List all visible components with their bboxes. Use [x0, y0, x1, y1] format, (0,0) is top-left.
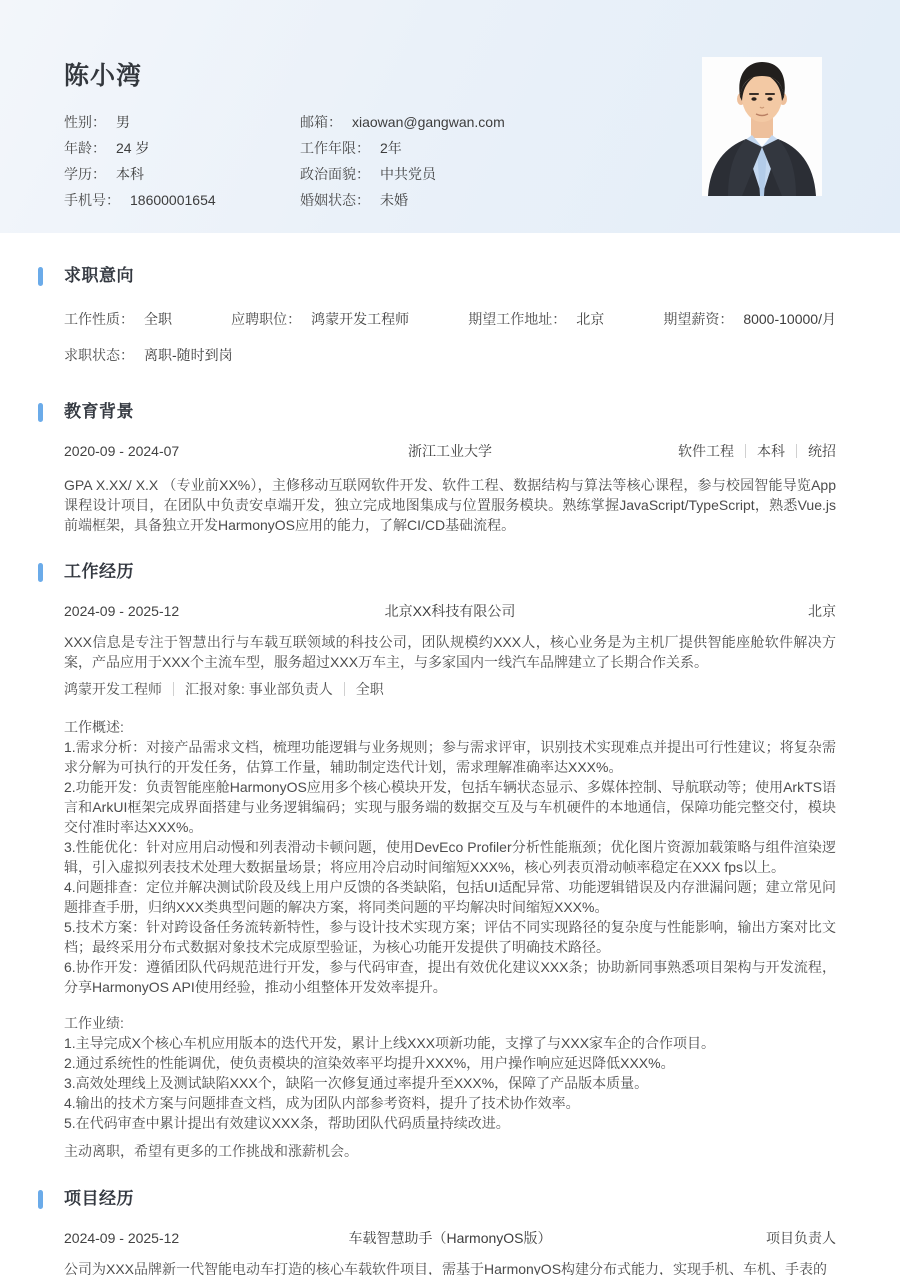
intent-pair: 工作性质：全职 — [64, 312, 172, 326]
intent-value: 8000-10000/月 — [743, 311, 836, 327]
achievement-item: 2.通过系统性的性能调优，使负责模块的渲染效率平均提升XXX%，用户操作响应延迟… — [64, 1053, 836, 1073]
field-label: 邮箱： — [300, 114, 342, 130]
profile-field: 学历：本科 — [64, 161, 300, 187]
portrait-illustration — [702, 57, 822, 196]
field-label: 工作年限： — [300, 140, 370, 156]
work-duties: 1.需求分析：对接产品需求文档，梳理功能逻辑与业务规则；参与需求评审，识别技术实… — [64, 737, 836, 997]
section-title-work: 工作经历 — [64, 562, 836, 582]
work-achievements: 1.主导完成X个核心车机应用版本的迭代开发，累计上线XXX项新功能，支撑了与XX… — [64, 1033, 836, 1133]
position-tag: 汇报对象: 事业部负责人 — [173, 682, 333, 696]
field-label: 政治面貌： — [300, 166, 370, 182]
intent-label: 求职状态： — [64, 347, 134, 363]
intent-label: 期望工作地址： — [468, 311, 566, 327]
intent-pair: 期望工作地址：北京 — [468, 312, 604, 326]
field-label: 婚姻状态： — [300, 192, 370, 208]
education-tag: 软件工程 — [678, 444, 734, 458]
section-job-intent: 求职意向 工作性质：全职应聘职位：鸿蒙开发工程师期望工作地址：北京期望薪资：80… — [64, 266, 836, 362]
achievement-item: 4.输出的技术方案与问题排查文档，成为团队内部参考资料，提升了技术协作效率。 — [64, 1093, 836, 1113]
field-value: 本科 — [116, 166, 144, 182]
section-title-education: 教育背景 — [64, 402, 836, 422]
project-period: 2024-09 - 2025-12 — [64, 1231, 284, 1245]
education-meta-row: 2020-09 - 2024-07 浙江工业大学 软件工程本科统招 — [64, 444, 836, 458]
duty-item: 1.需求分析：对接产品需求文档，梳理功能逻辑与业务规则；参与需求评审，识别技术实… — [64, 737, 836, 777]
duty-item: 4.问题排查：定位并解决测试阶段及线上用户反馈的各类缺陷，包括UI适配异常、功能… — [64, 877, 836, 917]
profile-field: 手机号：18600001654 — [64, 187, 300, 213]
intent-value: 全职 — [144, 311, 172, 327]
field-label: 性别： — [64, 114, 106, 130]
achievement-item: 5.在代码审查中累计提出有效建议XXX条，帮助团队代码质量持续改进。 — [64, 1113, 836, 1133]
achievement-item: 3.高效处理线上及测试缺陷XXX个，缺陷一次修复通过率提升至XXX%，保障了产品… — [64, 1073, 836, 1093]
work-meta-row: 2024-09 - 2025-12 北京XX科技有限公司 北京 — [64, 604, 836, 618]
profile-info-right: 邮箱：xiaowan@gangwan.com工作年限：2年政治面貌：中共党员婚姻… — [300, 109, 505, 213]
leave-reason: 主动离职，希望有更多的工作挑战和涨薪机会。 — [64, 1141, 836, 1161]
work-period: 2024-09 - 2025-12 — [64, 604, 284, 618]
position-tags: 鸿蒙开发工程师汇报对象: 事业部负责人全职 — [64, 682, 384, 696]
work-location: 北京 — [616, 604, 836, 618]
resume-page: { "theme": { "accent_color": "#6babe9", … — [0, 0, 900, 1275]
field-label: 手机号： — [64, 192, 120, 208]
intent-value: 北京 — [576, 311, 604, 327]
field-value: xiaowan@gangwan.com — [352, 114, 505, 130]
section-project-experience: 项目经历 2024-09 - 2025-12 车载智慧助手（HarmonyOS版… — [64, 1189, 836, 1275]
accent-bar — [38, 403, 43, 422]
work-company: 北京XX科技有限公司 — [284, 604, 616, 618]
duty-item: 6.协作开发：遵循团队代码规范进行开发，参与代码审查，提出有效优化建议XXX条；… — [64, 957, 836, 997]
field-label: 学历： — [64, 166, 106, 182]
position-tag: 全职 — [344, 682, 384, 696]
profile-field: 年龄：24 岁 — [64, 135, 300, 161]
education-tag: 本科 — [745, 444, 785, 458]
intent-pair: 应聘职位：鸿蒙开发工程师 — [231, 312, 409, 326]
intent-value: 鸿蒙开发工程师 — [311, 311, 409, 327]
profile-field: 工作年限：2年 — [300, 135, 505, 161]
profile-field: 婚姻状态：未婚 — [300, 187, 505, 213]
profile-field: 性别：男 — [64, 109, 300, 135]
work-achievements-block: 工作业绩: 1.主导完成X个核心车机应用版本的迭代开发，累计上线XXX项新功能，… — [64, 1013, 836, 1133]
project-role: 项目负责人 — [616, 1231, 836, 1245]
project-meta-row: 2024-09 - 2025-12 车载智慧助手（HarmonyOS版） 项目负… — [64, 1231, 836, 1245]
position-tag: 鸿蒙开发工程师 — [64, 682, 162, 696]
profile-field: 政治面貌：中共党员 — [300, 161, 505, 187]
education-school: 浙江工业大学 — [284, 444, 616, 458]
section-title-job-intent: 求职意向 — [64, 266, 836, 286]
field-label: 年龄： — [64, 140, 106, 156]
profile-photo — [702, 57, 822, 196]
resume-body: 求职意向 工作性质：全职应聘职位：鸿蒙开发工程师期望工作地址：北京期望薪资：80… — [0, 266, 900, 1275]
intent-pair: 求职状态：离职-随时到岗 — [64, 348, 233, 362]
work-overview-block: 工作概述: 1.需求分析：对接产品需求文档，梳理功能逻辑与业务规则；参与需求评审… — [64, 717, 836, 997]
education-tag: 统招 — [796, 444, 836, 458]
project-description: 公司为XXX品牌新一代智能电动车打造的核心车载软件项目，需基于HarmonyOS… — [64, 1259, 836, 1275]
field-value: 18600001654 — [130, 192, 216, 208]
section-work-experience: 工作经历 2024-09 - 2025-12 北京XX科技有限公司 北京 XXX… — [64, 562, 836, 1161]
field-value: 2年 — [380, 140, 402, 156]
achievement-item: 1.主导完成X个核心车机应用版本的迭代开发，累计上线XXX项新功能，支撑了与XX… — [64, 1033, 836, 1053]
duty-item: 5.技术方案：针对跨设备任务流转新特性，参与设计技术实现方案；评估不同实现路径的… — [64, 917, 836, 957]
accent-bar — [38, 1190, 43, 1209]
section-title-project: 项目经历 — [64, 1189, 836, 1209]
accent-bar — [38, 563, 43, 582]
resume-header: 陈小湾 性别：男年龄：24 岁学历：本科手机号：18600001654 邮箱：x… — [0, 0, 900, 233]
position-row: 鸿蒙开发工程师汇报对象: 事业部负责人全职 — [64, 679, 836, 699]
intent-label: 期望薪资： — [663, 311, 733, 327]
education-description: GPA X.XX/ X.X （专业前XX%），主修移动互联网软件开发、软件工程、… — [64, 475, 836, 535]
intent-label: 应聘职位： — [231, 311, 301, 327]
intent-value: 离职-随时到岗 — [144, 347, 233, 363]
education-period: 2020-09 - 2024-07 — [64, 444, 284, 458]
duty-item: 3.性能优化：针对应用启动慢和列表滑动卡顿问题，使用DevEco Profile… — [64, 837, 836, 877]
job-intent-row-2: 求职状态：离职-随时到岗 — [64, 348, 836, 362]
profile-field: 邮箱：xiaowan@gangwan.com — [300, 109, 505, 135]
project-name: 车载智慧助手（HarmonyOS版） — [284, 1231, 616, 1245]
intent-label: 工作性质： — [64, 311, 134, 327]
accent-bar — [38, 267, 43, 286]
work-overview-label: 工作概述: — [64, 717, 836, 737]
field-value: 男 — [116, 114, 130, 130]
field-value: 未婚 — [380, 192, 408, 208]
education-tags: 软件工程本科统招 — [616, 444, 836, 458]
field-value: 24 岁 — [116, 140, 149, 156]
field-value: 中共党员 — [380, 166, 436, 182]
profile-info-left: 性别：男年龄：24 岁学历：本科手机号：18600001654 — [64, 109, 300, 213]
work-achievements-label: 工作业绩: — [64, 1013, 836, 1033]
section-education: 教育背景 2020-09 - 2024-07 浙江工业大学 软件工程本科统招 G… — [64, 402, 836, 535]
intent-pair: 期望薪资：8000-10000/月 — [663, 312, 836, 326]
job-intent-row-1: 工作性质：全职应聘职位：鸿蒙开发工程师期望工作地址：北京期望薪资：8000-10… — [64, 312, 836, 326]
company-intro: XXX信息是专注于智慧出行与车载互联领域的科技公司，团队规模约XXX人，核心业务… — [64, 632, 836, 672]
duty-item: 2.功能开发：负责智能座舱HarmonyOS应用多个核心模块开发，包括车辆状态显… — [64, 777, 836, 837]
